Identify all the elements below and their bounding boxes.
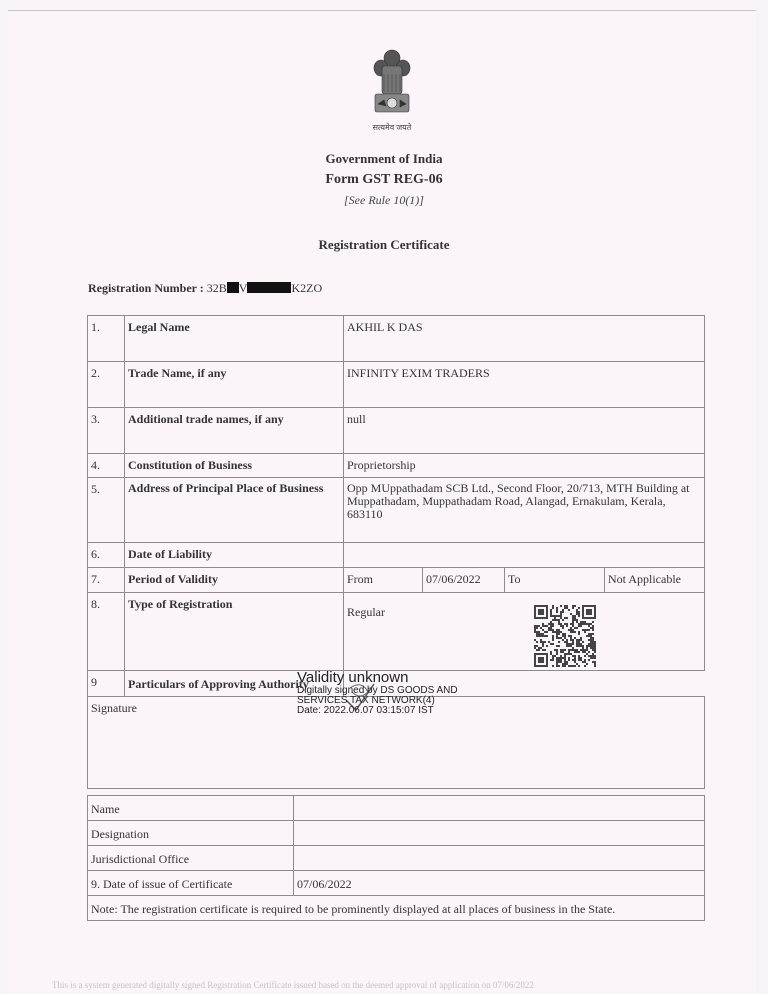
footer-note: This is a system generated digitally sig… (52, 980, 732, 990)
table-row: 4. Constitution of Business Proprietorsh… (88, 454, 705, 478)
registration-number: Registration Number : 32BVK2ZO (88, 281, 322, 296)
digital-signature-block: Validity unknown Digitally signed by DS … (297, 670, 458, 716)
table-row: 6. Date of Liability (88, 543, 705, 568)
table-row: Jurisdictional Office (88, 846, 705, 871)
authority-name-value (294, 796, 705, 821)
row-label: Period of Validity (125, 568, 344, 593)
date-of-issue-value: 07/06/2022 (294, 871, 705, 896)
table-row: 5. Address of Principal Place of Busines… (88, 478, 705, 543)
row-label: Type of Registration (125, 593, 344, 671)
signature-date: Date: 2022.06.07 03:15:07 IST (297, 706, 458, 716)
table-row: 1. Legal Name AKHIL K DAS (88, 316, 705, 362)
designation-label: Designation (88, 821, 294, 846)
rule-reference: [See Rule 10(1)] (0, 193, 768, 208)
row-label: Address of Principal Place of Business (125, 478, 344, 543)
row-label: Additional trade names, if any (125, 408, 344, 454)
table-row: 9. Date of issue of Certificate 07/06/20… (88, 871, 705, 896)
redaction-block (227, 282, 239, 293)
row-label: Constitution of Business (125, 454, 344, 478)
validity-from-label: From (344, 568, 423, 593)
authority-name-label: Name (88, 796, 294, 821)
table-row: 8. Type of Registration Regular (88, 593, 705, 671)
registration-number-label: Registration Number : (88, 281, 207, 295)
approving-authority-table: Name Designation Jurisdictional Office 9… (87, 795, 705, 921)
ashoka-emblem-icon (370, 48, 414, 120)
table-row: Designation (88, 821, 705, 846)
jurisdictional-office-label: Jurisdictional Office (88, 846, 294, 871)
display-note: Note: The registration certificate is re… (88, 896, 705, 921)
registration-type-value: Regular (344, 593, 705, 671)
certificate-title: Registration Certificate (0, 237, 768, 253)
government-heading: Government of India (0, 151, 768, 167)
table-row: Note: The registration certificate is re… (88, 896, 705, 921)
table-row: 3. Additional trade names, if any null (88, 408, 705, 454)
address-value: Opp MUppathadam SCB Ltd., Second Floor, … (344, 478, 705, 543)
constitution-value: Proprietorship (344, 454, 705, 478)
legal-name-value: AKHIL K DAS (344, 316, 705, 362)
table-row: 2. Trade Name, if any INFINITY EXIM TRAD… (88, 362, 705, 408)
row-label: Date of Liability (125, 543, 344, 568)
redaction-block (247, 282, 291, 293)
qr-code-icon (532, 603, 598, 669)
registration-details-table: 1. Legal Name AKHIL K DAS 2. Trade Name,… (87, 315, 705, 789)
jurisdictional-office-value (294, 846, 705, 871)
date-of-issue-label: 9. Date of issue of Certificate (88, 871, 294, 896)
trade-name-value: INFINITY EXIM TRADERS (344, 362, 705, 408)
date-of-liability-value (344, 543, 705, 568)
validity-to-label: To (505, 568, 605, 593)
form-title: Form GST REG-06 (0, 172, 768, 188)
row-label: Trade Name, if any (125, 362, 344, 408)
validity-from-value: 07/06/2022 (423, 568, 505, 593)
table-row: 7. Period of Validity From 07/06/2022 To… (88, 568, 705, 593)
row-label: Legal Name (125, 316, 344, 362)
signature-validity-status: Validity unknown (297, 670, 458, 686)
emblem-motto: सत्यमेव जयते (362, 122, 422, 133)
validity-to-value: Not Applicable (605, 568, 705, 593)
table-row: Name (88, 796, 705, 821)
additional-trade-names-value: null (344, 408, 705, 454)
designation-value (294, 821, 705, 846)
